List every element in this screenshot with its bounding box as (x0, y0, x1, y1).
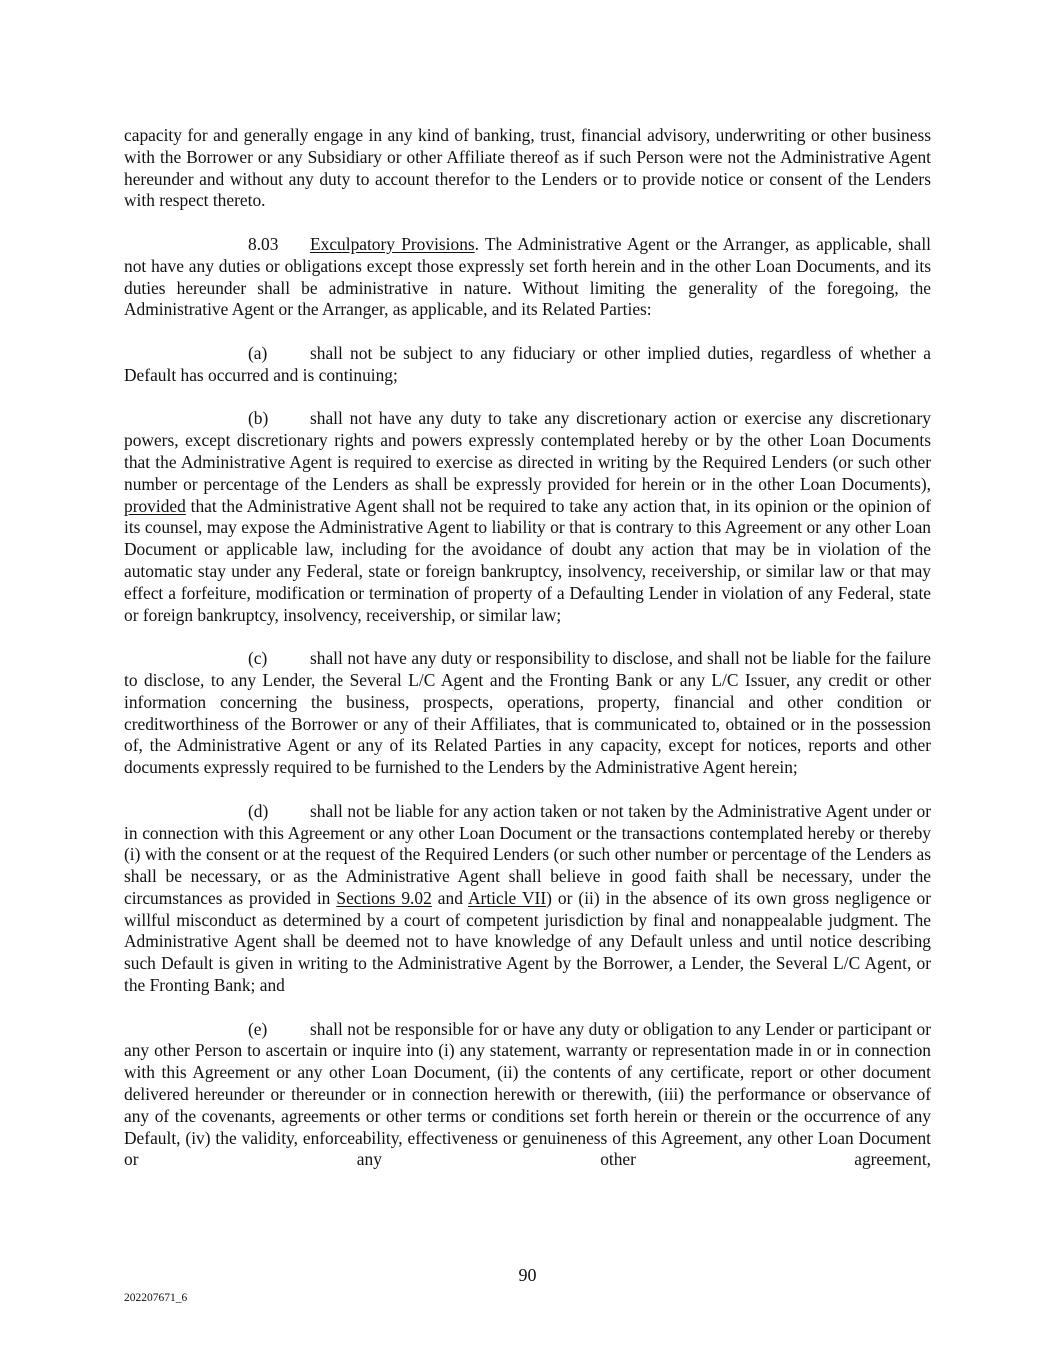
clause-a: (a)shall not be subject to any fiduciary… (124, 343, 931, 387)
document-page: capacity for and generally engage in any… (124, 125, 931, 1193)
clause-c-text: shall not have any duty or responsibilit… (124, 648, 931, 777)
clause-b-text-2: that the Administrative Agent shall not … (124, 496, 931, 625)
clause-d-label: (d) (248, 801, 310, 823)
clause-a-text: shall not be subject to any fiduciary or… (124, 343, 931, 385)
section-number: 8.03 (248, 234, 310, 256)
clause-b: (b)shall not have any duty to take any d… (124, 408, 931, 626)
clause-e: (e)shall not be responsible for or have … (124, 1019, 931, 1172)
clause-e-text: shall not be responsible for or have any… (124, 1019, 931, 1170)
clause-a-label: (a) (248, 343, 310, 365)
clause-c: (c)shall not have any duty or responsibi… (124, 648, 931, 779)
article-vii-reference: Article VII (468, 888, 546, 908)
clause-c-label: (c) (248, 648, 310, 670)
clause-d-text-2: and (432, 888, 468, 908)
sections-9-02-reference: Sections 9.02 (336, 888, 431, 908)
page-number: 90 (0, 1265, 1055, 1286)
section-title: Exculpatory Provisions (310, 234, 475, 254)
clause-b-text-1: shall not have any duty to take any disc… (124, 408, 931, 493)
section-intro: . The Administrative Agent or the Arrang… (124, 234, 931, 319)
section-8-03-paragraph: 8.03Exculpatory Provisions. The Administ… (124, 234, 931, 321)
clause-e-label: (e) (248, 1019, 310, 1041)
clause-b-label: (b) (248, 408, 310, 430)
continuation-paragraph: capacity for and generally engage in any… (124, 125, 931, 212)
clause-d: (d)shall not be liable for any action ta… (124, 801, 931, 997)
provided-term: provided (124, 496, 186, 516)
document-id: 202207671_6 (124, 1292, 187, 1304)
